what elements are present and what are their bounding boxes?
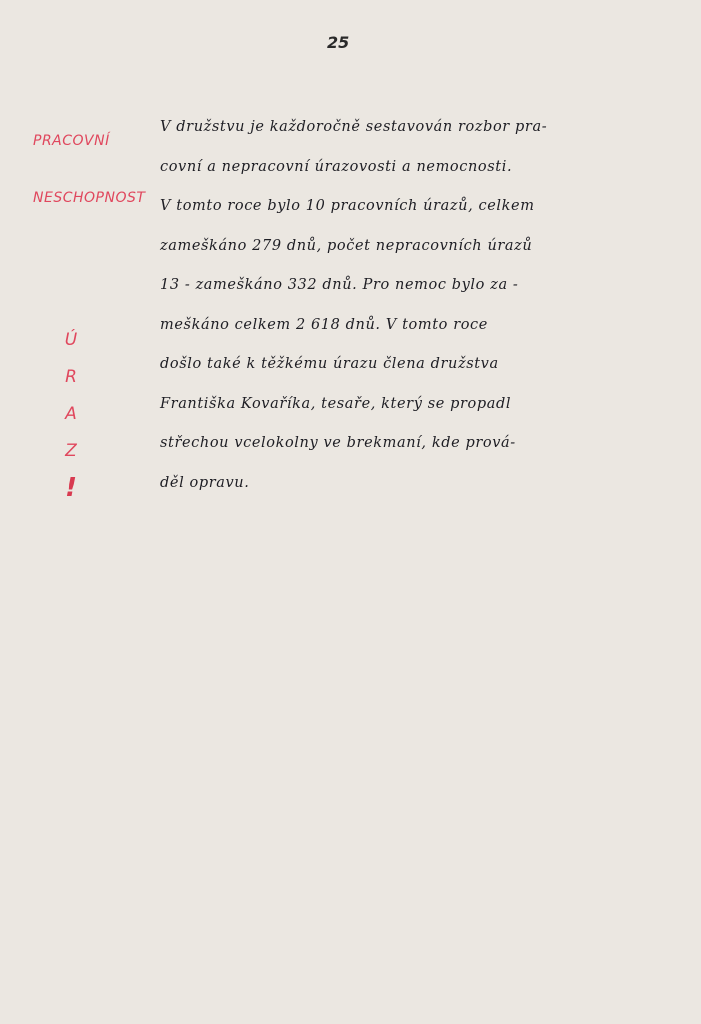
vertical-letter: R — [65, 359, 77, 396]
text-line: došlo také k těžkému úrazu člena družstv… — [160, 345, 620, 385]
text-line: V družstvu je každoročně sestavován rozb… — [160, 108, 620, 148]
exclamation-mark: ! — [65, 470, 77, 507]
text-line: zameškáno 279 dnů, počet nepracovních úr… — [160, 227, 620, 267]
text-line: meškáno celkem 2 618 dnů. V tomto roce — [160, 306, 620, 346]
text-line: střechou vcelokolny ve brekmaní, kde pro… — [160, 424, 620, 464]
text-line: covní a nepracovní úrazovosti a nemocnos… — [160, 148, 620, 188]
text-line: 13 - zameškáno 332 dnů. Pro nemoc bylo z… — [160, 266, 620, 306]
handwritten-body-text: V družstvu je každoročně sestavován rozb… — [160, 108, 620, 503]
text-line: V tomto roce bylo 10 pracovních úrazů, c… — [160, 187, 620, 227]
vertical-letter: A — [65, 396, 77, 433]
margin-heading-pracovni: PRACOVNÍ — [33, 133, 110, 149]
document-page: 25 PRACOVNÍ NESCHOPNOST Ú R A Z ! V druž… — [0, 0, 701, 1024]
text-line: děl opravu. — [160, 464, 620, 504]
margin-vertical-word-uraz: Ú R A Z ! — [58, 322, 84, 507]
vertical-letter: Ú — [65, 322, 77, 359]
vertical-letter: Z — [65, 433, 77, 470]
margin-heading-neschopnost: NESCHOPNOST — [33, 190, 145, 206]
page-number: 25 — [327, 33, 349, 52]
text-line: Františka Kovaříka, tesaře, který se pro… — [160, 385, 620, 425]
